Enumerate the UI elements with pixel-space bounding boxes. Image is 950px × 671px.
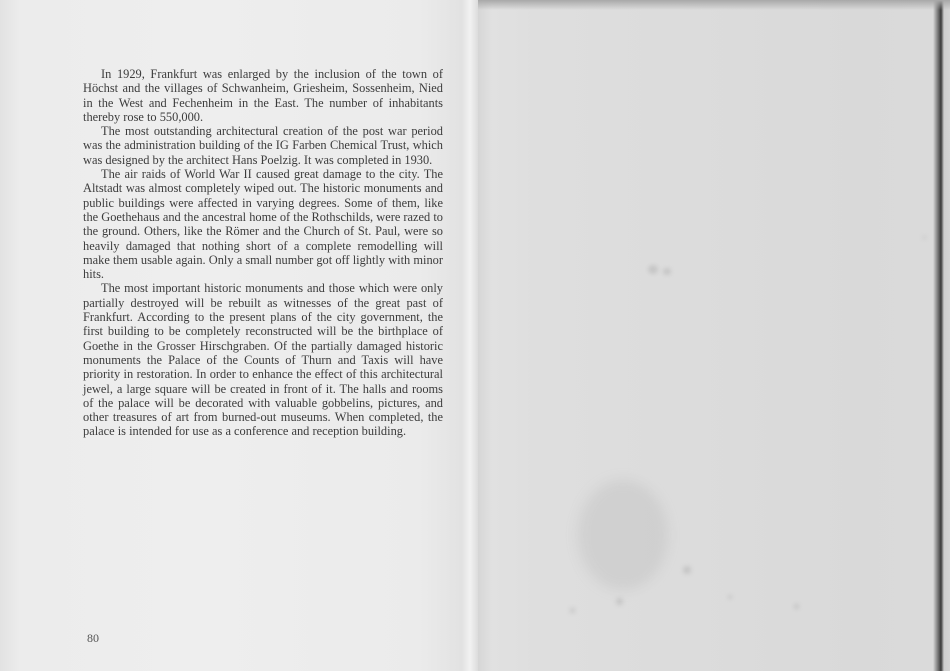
right-page-blank [478, 0, 950, 671]
paragraph: In 1929, Frankfurt was enlarged by the i… [83, 67, 443, 124]
spot-mark [728, 595, 732, 599]
spot-mark [923, 236, 926, 239]
spot-mark [663, 268, 671, 275]
spot-mark [570, 608, 575, 613]
paragraph: The most outstanding architectural creat… [83, 124, 443, 167]
paragraph: The air raids of World War II caused gre… [83, 167, 443, 281]
body-text: In 1929, Frankfurt was enlarged by the i… [83, 67, 443, 439]
spot-mark [616, 598, 623, 605]
left-page: In 1929, Frankfurt was enlarged by the i… [0, 0, 478, 671]
spot-mark [683, 566, 691, 574]
spot-mark [648, 265, 658, 274]
spot-mark [794, 604, 799, 609]
paragraph: The most important historic monuments an… [83, 281, 443, 438]
book-spread: In 1929, Frankfurt was enlarged by the i… [0, 0, 950, 671]
page-number: 80 [87, 631, 99, 646]
water-stain [578, 480, 668, 590]
